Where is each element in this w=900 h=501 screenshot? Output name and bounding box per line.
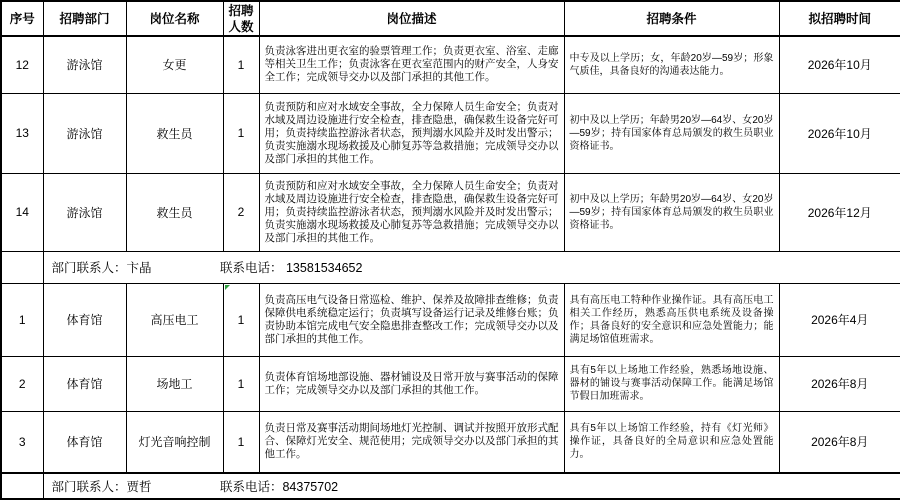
cell-department: 游泳馆 <box>43 36 126 93</box>
cell-requirements: 具有高压电工特种作业操作证。具有高压电工相关工作经历，熟悉高压供电系统及设备操作… <box>564 283 779 356</box>
cell-planned-time: 2026年4月 <box>779 283 900 356</box>
cell-department: 体育馆 <box>43 356 126 411</box>
table-row: 3 体育馆 灯光音响控制 1 负责日常及赛事活动期间场地灯光控制、调试并按照开放… <box>1 411 900 473</box>
contact-person: 部门联系人：卞晶 <box>52 258 217 276</box>
cell-headcount: 1 <box>223 36 259 93</box>
cell-planned-time: 2026年8月 <box>779 411 900 473</box>
cell-empty <box>1 473 43 499</box>
cell-description: 负责泳客进出更衣室的验票管理工作；负责更衣室、浴室、走廊等相关卫生工作；负责泳客… <box>259 36 564 93</box>
table-row: 14 游泳馆 救生员 2 负责预防和应对水域安全事故，全力保障人员生命安全；负责… <box>1 173 900 251</box>
header-planned-time: 拟招聘时间 <box>779 1 900 36</box>
cell-position: 场地工 <box>126 356 223 411</box>
cell-requirements: 具有5年以上场地工作经验，熟悉场地设施、器材的铺设与赛事活动保障工作。能满足场馆… <box>564 356 779 411</box>
cell-serial: 14 <box>1 173 43 251</box>
table-row: 1 体育馆 高压电工 1 负责高压电气设备日常巡检、维护、保养及故障排查维修；负… <box>1 283 900 356</box>
cell-serial: 13 <box>1 93 43 173</box>
cell-position: 女更 <box>126 36 223 93</box>
cell-department: 游泳馆 <box>43 173 126 251</box>
cell-department: 游泳馆 <box>43 93 126 173</box>
cell-planned-time: 2026年12月 <box>779 173 900 251</box>
cell-planned-time: 2026年8月 <box>779 356 900 411</box>
cell-headcount-value: 1 <box>238 313 245 327</box>
cell-planned-time: 2026年10月 <box>779 36 900 93</box>
cell-headcount: 1 <box>223 93 259 173</box>
contact-person: 部门联系人：贾哲 <box>52 477 217 495</box>
header-description: 岗位描述 <box>259 1 564 36</box>
contact-phone: 联系电话：84375702 <box>220 480 338 494</box>
cell-position: 救生员 <box>126 173 223 251</box>
cell-position: 高压电工 <box>126 283 223 356</box>
cell-empty <box>1 251 43 283</box>
header-serial: 序号 <box>1 1 43 36</box>
cell-headcount: 1 <box>223 283 259 356</box>
cell-description: 负责体育馆场地部设施、器材铺设及日常开放与赛事活动的保障工作；完成领导交办以及部… <box>259 356 564 411</box>
cell-serial: 3 <box>1 411 43 473</box>
recruitment-table: 序号 招聘部门 岗位名称 招聘人数 岗位描述 招聘条件 拟招聘时间 12 游泳馆… <box>0 0 900 500</box>
cell-serial: 1 <box>1 283 43 356</box>
cell-description: 负责日常及赛事活动期间场地灯光控制、调试并按照开放形式配合、保障灯光安全、规范使… <box>259 411 564 473</box>
cell-description: 负责预防和应对水域安全事故，全力保障人员生命安全；负责对水域及周边设施进行安全检… <box>259 93 564 173</box>
cell-position: 灯光音响控制 <box>126 411 223 473</box>
header-department: 招聘部门 <box>43 1 126 36</box>
cell-department: 体育馆 <box>43 411 126 473</box>
cell-position: 救生员 <box>126 93 223 173</box>
cell-department: 体育馆 <box>43 283 126 356</box>
error-indicator-icon <box>225 285 230 290</box>
contact-phone: 联系电话： 13581534652 <box>220 261 362 275</box>
cell-requirements: 初中及以上学历；年龄男20岁—64岁、女20岁—59岁；持有国家体育总局颁发的救… <box>564 173 779 251</box>
cell-headcount: 2 <box>223 173 259 251</box>
cell-serial: 2 <box>1 356 43 411</box>
header-position: 岗位名称 <box>126 1 223 36</box>
cell-description: 负责高压电气设备日常巡检、维护、保养及故障排查维修；负责保障供电系统稳定运行；负… <box>259 283 564 356</box>
cell-requirements: 具有5年以上场馆工作经验，持有《灯光师》操作证，具备良好的全局意识和应急处置能力… <box>564 411 779 473</box>
cell-planned-time: 2026年10月 <box>779 93 900 173</box>
table-row: 12 游泳馆 女更 1 负责泳客进出更衣室的验票管理工作；负责更衣室、浴室、走廊… <box>1 36 900 93</box>
header-headcount: 招聘人数 <box>223 1 259 36</box>
cell-description: 负责预防和应对水域安全事故，全力保障人员生命安全；负责对水域及周边设施进行安全检… <box>259 173 564 251</box>
contact-row: 部门联系人：卞晶 联系电话： 13581534652 <box>1 251 900 283</box>
header-requirements: 招聘条件 <box>564 1 779 36</box>
table-row: 13 游泳馆 救生员 1 负责预防和应对水域安全事故，全力保障人员生命安全；负责… <box>1 93 900 173</box>
cell-serial: 12 <box>1 36 43 93</box>
cell-headcount: 1 <box>223 411 259 473</box>
contact-row: 部门联系人：贾哲 联系电话：84375702 <box>1 473 900 499</box>
cell-requirements: 中专及以上学历；女，年龄20岁—59岁；形象气质佳，具备良好的沟通表达能力。 <box>564 36 779 93</box>
cell-headcount: 1 <box>223 356 259 411</box>
table-header-row: 序号 招聘部门 岗位名称 招聘人数 岗位描述 招聘条件 拟招聘时间 <box>1 1 900 36</box>
cell-contact: 部门联系人：卞晶 联系电话： 13581534652 <box>43 251 900 283</box>
cell-contact: 部门联系人：贾哲 联系电话：84375702 <box>43 473 900 499</box>
cell-requirements: 初中及以上学历；年龄男20岁—64岁、女20岁—59岁；持有国家体育总局颁发的救… <box>564 93 779 173</box>
table-row: 2 体育馆 场地工 1 负责体育馆场地部设施、器材铺设及日常开放与赛事活动的保障… <box>1 356 900 411</box>
